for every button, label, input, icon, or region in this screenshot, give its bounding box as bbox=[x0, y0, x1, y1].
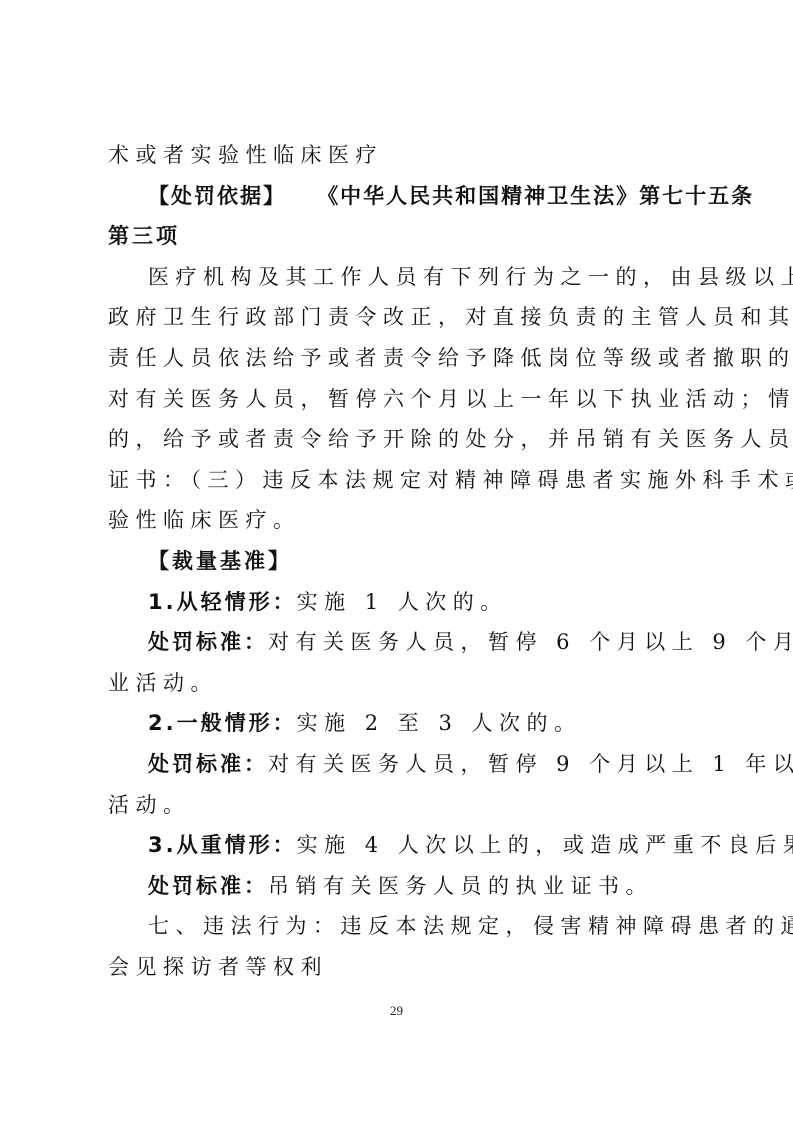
lenient-case: 1.从轻情形：实施 1 人次的。 bbox=[108, 582, 690, 623]
severe-case: 3.从重情形：实施 4 人次以上的，或造成严重不良后果的。 bbox=[108, 825, 690, 866]
penalty-label: 处罚标准： bbox=[148, 630, 268, 654]
severe-penalty: 处罚标准：吊销有关医务人员的执业证书。 bbox=[108, 866, 690, 907]
section-label: 【裁量基准】 bbox=[148, 549, 292, 573]
page-number: 29 bbox=[0, 1003, 793, 1019]
document-page: 术或者实验性临床医疗 【处罚依据】 《中华人民共和国精神卫生法》第七十五条 第三… bbox=[108, 135, 690, 987]
text-line: 业活动。 bbox=[108, 663, 690, 704]
text-line: 医疗机构及其工作人员有下列行为之一的，由县级以上人民 bbox=[108, 257, 690, 298]
penalty-label: 处罚标准： bbox=[148, 752, 268, 776]
penalty-text: 对有关医务人员，暂停 6 个月以上 9 个月以下执 bbox=[268, 630, 793, 654]
text-line: 会见探访者等权利 bbox=[108, 947, 690, 988]
penalty-text: 吊销有关医务人员的执业证书。 bbox=[268, 874, 653, 898]
text-line: 七、违法行为：违反本法规定，侵害精神障碍患者的通讯和 bbox=[108, 906, 690, 947]
text-line: 对有关医务人员，暂停六个月以上一年以下执业活动；情节严重 bbox=[108, 379, 690, 420]
case-label: 3.从重情形： bbox=[148, 833, 297, 857]
text-line: 政府卫生行政部门责令改正，对直接负责的主管人员和其他直接 bbox=[108, 297, 690, 338]
lenient-penalty: 处罚标准：对有关医务人员，暂停 6 个月以上 9 个月以下执 bbox=[108, 622, 690, 663]
case-label: 1.从轻情形： bbox=[148, 590, 297, 614]
text-line: 的，给予或者责令给予开除的处分，并吊销有关医务人员的执业 bbox=[108, 419, 690, 460]
case-text: 实施 4 人次以上的，或造成严重不良后果的。 bbox=[297, 833, 793, 857]
text-line: 验性临床医疗。 bbox=[108, 500, 690, 541]
penalty-text: 对有关医务人员，暂停 9 个月以上 1 年以下执业 bbox=[268, 752, 793, 776]
text-line: 责任人员依法给予或者责令给予降低岗位等级或者撤职的处分； bbox=[108, 338, 690, 379]
case-text: 实施 1 人次的。 bbox=[297, 590, 508, 614]
law-reference: 《中华人民共和国精神卫生法》第七十五条 bbox=[317, 184, 754, 208]
text-line: 术或者实验性临床医疗 bbox=[108, 135, 690, 176]
section-label: 【处罚依据】 bbox=[148, 184, 286, 208]
text-line: 活动。 bbox=[108, 785, 690, 826]
penalty-basis-heading: 【处罚依据】 《中华人民共和国精神卫生法》第七十五条 bbox=[108, 176, 690, 217]
general-penalty: 处罚标准：对有关医务人员，暂停 9 个月以上 1 年以下执业 bbox=[108, 744, 690, 785]
case-text: 实施 2 至 3 人次的。 bbox=[297, 711, 582, 735]
discretion-heading: 【裁量基准】 bbox=[108, 541, 690, 582]
law-item: 第三项 bbox=[108, 224, 180, 248]
law-reference-continued: 第三项 bbox=[108, 216, 690, 257]
case-label: 2.一般情形： bbox=[148, 711, 297, 735]
text-line: 证书：（三）违反本法规定对精神障碍患者实施外科手术或者实 bbox=[108, 460, 690, 501]
penalty-label: 处罚标准： bbox=[148, 874, 268, 898]
general-case: 2.一般情形：实施 2 至 3 人次的。 bbox=[108, 703, 690, 744]
